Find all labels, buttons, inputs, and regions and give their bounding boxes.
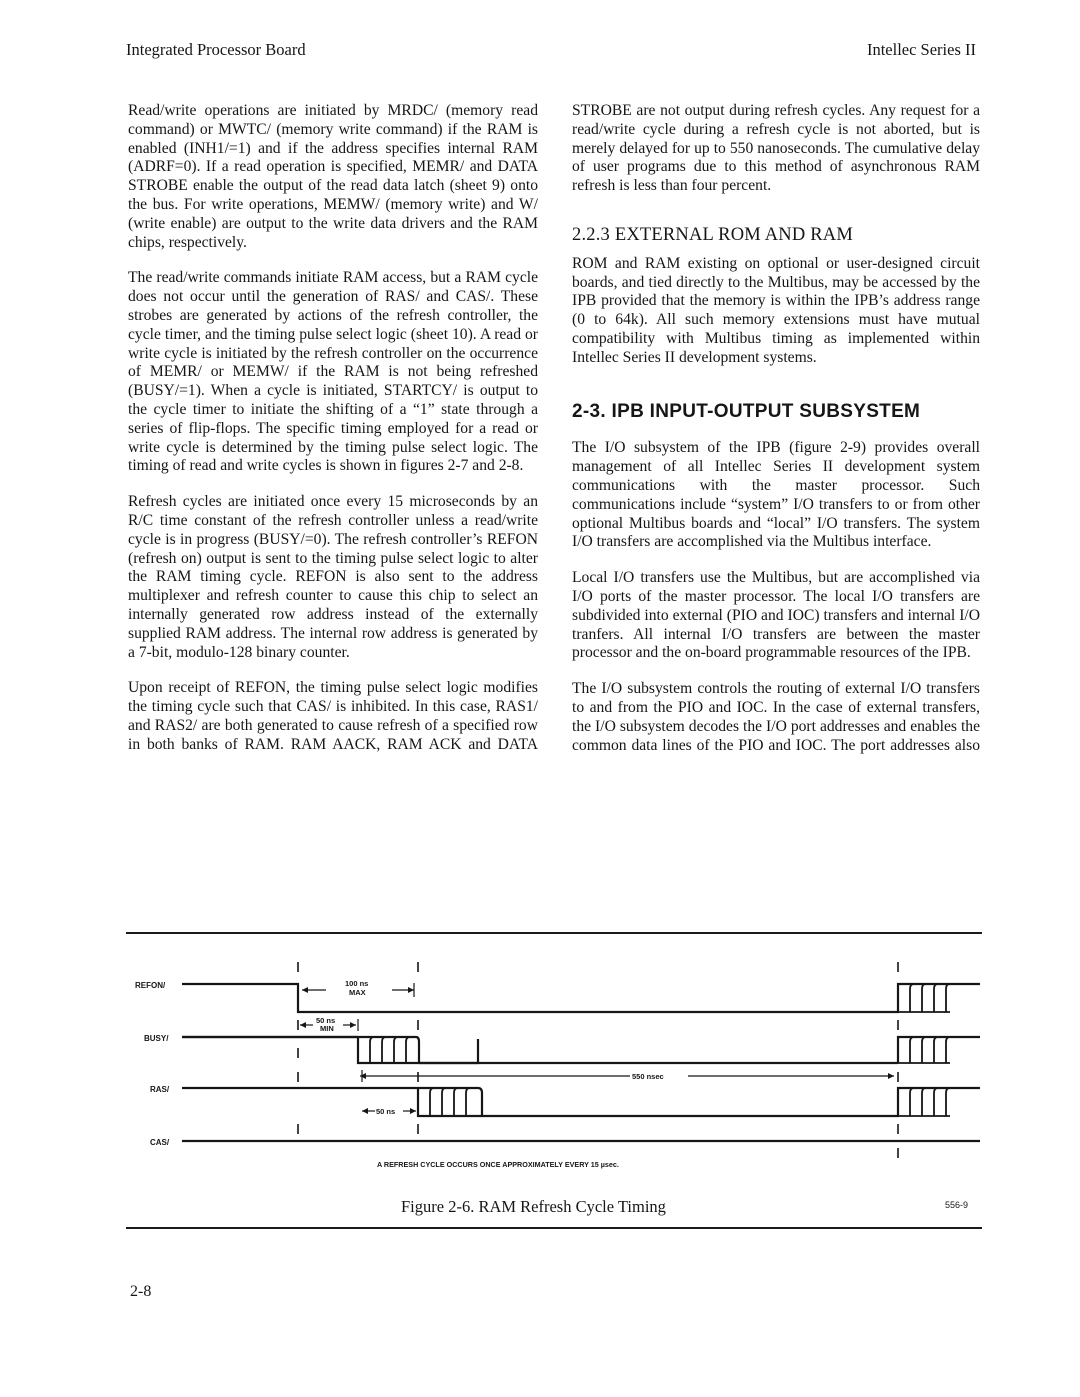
timing-diagram: REFON/ BUSY/ RAS/ CAS/ bbox=[0, 0, 1080, 1397]
figure-caption: Figure 2-6. RAM Refresh Cycle Timing bbox=[401, 1197, 666, 1217]
waveform-busy bbox=[182, 1037, 980, 1063]
waveform-ras bbox=[182, 1088, 980, 1116]
signal-label-busy: BUSY/ bbox=[144, 1034, 169, 1043]
refresh-note: A REFRESH CYCLE OCCURS ONCE APPROXIMATEL… bbox=[377, 1160, 619, 1169]
pulse-train-right bbox=[898, 984, 950, 1116]
waveform-refon bbox=[182, 984, 980, 1012]
timing-markers bbox=[298, 962, 898, 1158]
figure-code: 556-9 bbox=[945, 1200, 968, 1210]
signal-label-cas: CAS/ bbox=[150, 1138, 170, 1147]
refon-delay-value: 100 ns bbox=[345, 979, 368, 988]
figure-bottom-rule bbox=[126, 1227, 982, 1229]
ras-delay-value: 50 ns bbox=[376, 1107, 395, 1116]
busy-delay-qualifier: MIN bbox=[320, 1024, 334, 1033]
pulse-train-busy bbox=[370, 1037, 410, 1063]
signal-label-refon: REFON/ bbox=[135, 981, 166, 990]
refon-delay-qualifier: MAX bbox=[349, 988, 366, 997]
pulse-train-ras bbox=[430, 1088, 470, 1116]
cycle-length-value: 550 nsec bbox=[632, 1072, 664, 1081]
page-number: 2-8 bbox=[130, 1283, 151, 1301]
signal-label-ras: RAS/ bbox=[150, 1085, 170, 1094]
